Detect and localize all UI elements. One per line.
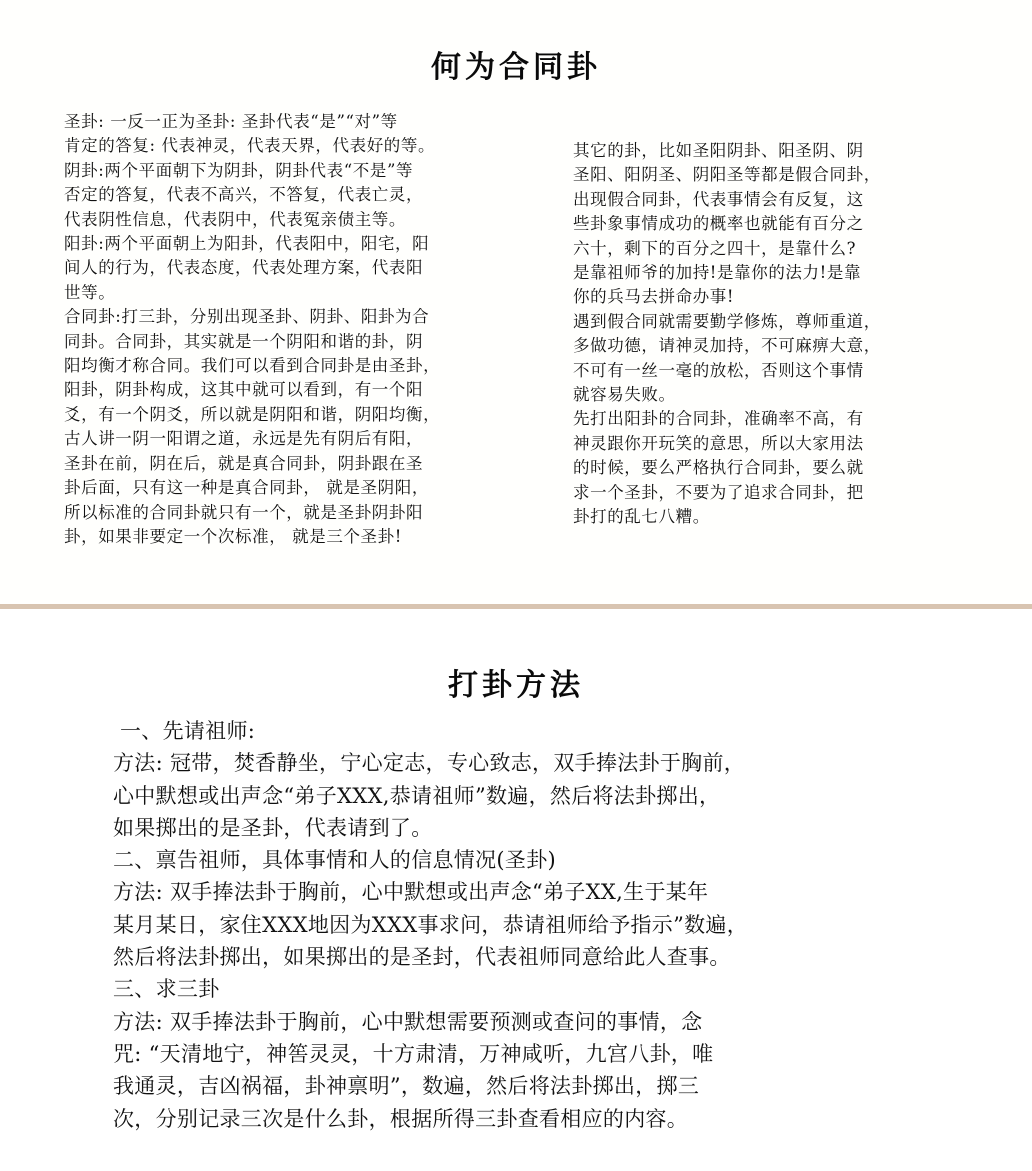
paragraph-line: 咒: “天清地宁，神筶灵灵，十方肃清，万神咸听，九宫八卦，唯 [113,1038,913,1070]
paragraph-line: 方法: 双手捧法卦于胸前，心中默想需要预测或查问的事情，念 [113,1006,913,1038]
paragraph-line: 阳均衡才称合同。我们可以看到合同卦是由圣卦， [64,354,514,378]
paragraph-line: 的时候，要么严格执行合同卦，要么就 [573,456,948,480]
paragraph-line: 心中默想或出声念“弟子XXX,恭请祖师”数遍，然后将法卦掷出， [113,780,913,812]
step-heading: 一、先请祖师: [113,715,913,747]
paragraph-line: 不可有一丝一毫的放松，否则这个事情 [573,359,948,383]
paragraph-line: 圣阳、阳阴圣、阴阳圣等都是假合同卦， [573,163,948,187]
paragraph-line: 合同卦:打三卦，分别出现圣卦、阴卦、阳卦为合 [64,305,514,329]
paragraph-line: 古人讲一阴一阳谓之道，永远是先有阴后有阳， [64,427,514,451]
paragraph-line: 我通灵，吉凶祸福，卦神禀明”，数遍，然后将法卦掷出，掷三 [113,1070,913,1102]
paragraph-line: 求一个圣卦，不要为了追求合同卦，把 [573,481,948,505]
paragraph-line: 就容易失败。 [573,383,948,407]
paragraph-line: 遇到假合同就需要勤学修炼，尊师重道， [573,310,948,334]
paragraph-line: 爻，有一个阴爻，所以就是阴阳和谐，阴阳均衡， [64,403,514,427]
section-title: 打卦方法 [0,660,1032,704]
method-text-block: 一、先请祖师: 方法: 冠带，焚香静坐，宁心定志，专心致志，双手捧法卦于胸前， … [113,715,913,1135]
paragraph-line: 所以标准的合同卦就只有一个，就是圣卦阴卦阳 [64,501,514,525]
paragraph-line: 出现假合同卦，代表事情会有反复，这 [573,188,948,212]
paragraph-line: 神灵跟你开玩笑的意思，所以大家用法 [573,432,948,456]
paragraph-line: 阴卦:两个平面朝下为阴卦，阴卦代表“不是”等 [64,159,514,183]
paragraph-line: 方法: 双手捧法卦于胸前，心中默想或出声念“弟子XX,生于某年 [113,876,913,908]
left-text-column: 圣卦: 一反一正为圣卦: 圣卦代表“是”“对”等 肯定的答复: 代表神灵，代表天… [64,110,514,549]
paragraph-line: 先打出阳卦的合同卦，准确率不高，有 [573,407,948,431]
paragraph-line: 圣卦在前，阴在后，就是真合同卦，阴卦跟在圣 [64,452,514,476]
paragraph-line: 否定的答复，代表不高兴，不答复，代表亡灵， [64,183,514,207]
paragraph-line: 些卦象事情成功的概率也就能有百分之 [573,212,948,236]
paragraph-line: 多做功德，请神灵加持，不可麻痹大意， [573,334,948,358]
paragraph-line: 卦后面，只有这一种是真合同卦， 就是圣阴阳， [64,476,514,500]
paragraph-line: 阳卦:两个平面朝上为阳卦，代表阳中，阳宅，阳 [64,232,514,256]
paragraph-line: 方法: 冠带，焚香静坐，宁心定志，专心致志，双手捧法卦于胸前， [113,747,913,779]
step-heading: 二、禀告祖师，具体事情和人的信息情况(圣卦) [113,844,913,876]
paragraph-line: 你的兵马去拼命办事! [573,285,948,309]
paragraph-line: 其它的卦，比如圣阳阴卦、阳圣阴、阴 [573,139,948,163]
paragraph-line: 圣卦: 一反一正为圣卦: 圣卦代表“是”“对”等 [64,110,514,134]
step-heading: 三、求三卦 [113,973,913,1005]
paragraph-line: 间人的行为，代表态度，代表处理方案，代表阳 [64,256,514,280]
paragraph-line: 次，分别记录三次是什么卦，根据所得三卦查看相应的内容。 [113,1103,913,1135]
paragraph-line: 代表阴性信息，代表阴中，代表冤亲债主等。 [64,208,514,232]
right-text-column: 其它的卦，比如圣阳阴卦、阳圣阴、阴 圣阳、阳阴圣、阴阳圣等都是假合同卦， 出现假… [573,139,948,530]
paragraph-line: 六十，剩下的百分之四十，是靠什么? [573,237,948,261]
paragraph-line: 肯定的答复: 代表神灵，代表天界，代表好的等。 [64,134,514,158]
paragraph-line: 卦，如果非要定一个次标准， 就是三个圣卦! [64,525,514,549]
paragraph-line: 世等。 [64,281,514,305]
section-what-is-hetong-gua: 何为合同卦 圣卦: 一反一正为圣卦: 圣卦代表“是”“对”等 肯定的答复: 代表… [0,0,1032,604]
section-title: 何为合同卦 [0,42,1032,86]
paragraph-line: 阳卦，阴卦构成，这其中就可以看到，有一个阳 [64,378,514,402]
paragraph-line: 同卦。合同卦，其实就是一个阴阳和谐的卦，阴 [64,330,514,354]
paragraph-line: 然后将法卦掷出，如果掷出的是圣封，代表祖师同意给此人查事。 [113,941,913,973]
paragraph-line: 如果掷出的是圣卦，代表请到了。 [113,812,913,844]
paragraph-line: 某月某日，家住XXX地因为XXX事求问，恭请祖师给予指示”数遍， [113,909,913,941]
paragraph-line: 卦打的乱七八糟。 [573,505,948,529]
section-casting-method: 打卦方法 一、先请祖师: 方法: 冠带，焚香静坐，宁心定志，专心致志，双手捧法卦… [0,609,1032,1171]
paragraph-line: 是靠祖师爷的加持!是靠你的法力!是靠 [573,261,948,285]
